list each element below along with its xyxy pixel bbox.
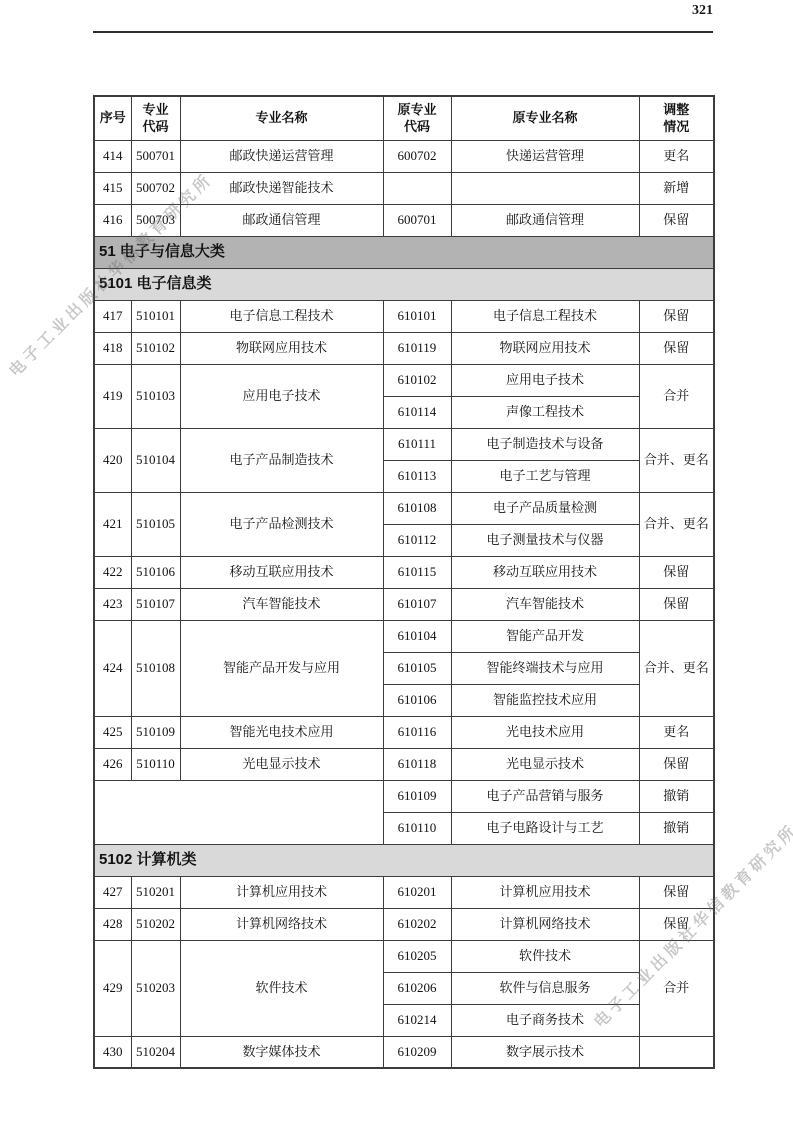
old-name-cell: 光电技术应用 — [451, 716, 639, 748]
old-name-cell: 电子制造技术与设备 — [451, 428, 639, 460]
old-code-cell: 600702 — [383, 140, 451, 172]
seq-cell: 414 — [94, 140, 131, 172]
old-code-cell: 610106 — [383, 684, 451, 716]
old-code-cell: 610201 — [383, 876, 451, 908]
old-name-cell: 电子电路设计与工艺 — [451, 812, 639, 844]
name-cell: 邮政通信管理 — [180, 204, 383, 236]
seq-cell: 427 — [94, 876, 131, 908]
old-code-cell: 610202 — [383, 908, 451, 940]
adjustment-cell: 保留 — [639, 556, 714, 588]
section-label: 5101 电子信息类 — [94, 268, 714, 300]
old-code-cell: 610104 — [383, 620, 451, 652]
old-code-cell: 610114 — [383, 396, 451, 428]
old-code-cell: 610112 — [383, 524, 451, 556]
old-code-cell: 610115 — [383, 556, 451, 588]
old-name-cell: 电子产品质量检测 — [451, 492, 639, 524]
table-row: 426 510110 光电显示技术 610118 光电显示技术 保留 — [94, 748, 714, 780]
section-label: 51 电子与信息大类 — [94, 236, 714, 268]
adjustment-cell: 保留 — [639, 748, 714, 780]
code-cell: 510110 — [131, 748, 180, 780]
name-cell: 智能产品开发与应用 — [180, 620, 383, 716]
column-header-old-name: 原专业名称 — [451, 96, 639, 140]
old-code-cell: 610209 — [383, 1036, 451, 1068]
old-name-cell: 应用电子技术 — [451, 364, 639, 396]
adjustment-cell: 合并、更名 — [639, 620, 714, 716]
name-cell: 计算机应用技术 — [180, 876, 383, 908]
old-name-cell: 电子工艺与管理 — [451, 460, 639, 492]
table-row: 430 510204 数字媒体技术 610209 数字展示技术 — [94, 1036, 714, 1068]
table-row: 422 510106 移动互联应用技术 610115 移动互联应用技术 保留 — [94, 556, 714, 588]
name-cell: 应用电子技术 — [180, 364, 383, 428]
adjustment-cell: 更名 — [639, 716, 714, 748]
old-code-cell: 610113 — [383, 460, 451, 492]
column-header-old-code: 原专业代码 — [383, 96, 451, 140]
old-name-cell: 移动互联应用技术 — [451, 556, 639, 588]
code-cell: 510103 — [131, 364, 180, 428]
adjustment-cell: 保留 — [639, 204, 714, 236]
column-header-name: 专业名称 — [180, 96, 383, 140]
adjustment-cell: 保留 — [639, 876, 714, 908]
old-name-cell: 声像工程技术 — [451, 396, 639, 428]
old-name-cell: 智能终端技术与应用 — [451, 652, 639, 684]
old-name-cell — [451, 172, 639, 204]
old-name-cell: 计算机应用技术 — [451, 876, 639, 908]
column-header-code: 专业代码 — [131, 96, 180, 140]
adjustment-cell: 合并 — [639, 940, 714, 1036]
old-name-cell: 电子信息工程技术 — [451, 300, 639, 332]
table-row: 423 510107 汽车智能技术 610107 汽车智能技术 保留 — [94, 588, 714, 620]
section-row-5101: 5101 电子信息类 — [94, 268, 714, 300]
name-cell: 数字媒体技术 — [180, 1036, 383, 1068]
table-row: 429 510203 软件技术 610205 软件技术 合并 — [94, 940, 714, 972]
name-cell: 电子产品检测技术 — [180, 492, 383, 556]
table-row: 427 510201 计算机应用技术 610201 计算机应用技术 保留 — [94, 876, 714, 908]
old-name-cell: 计算机网络技术 — [451, 908, 639, 940]
old-name-cell: 软件与信息服务 — [451, 972, 639, 1004]
code-cell: 510108 — [131, 620, 180, 716]
seq-cell: 421 — [94, 492, 131, 556]
adjustment-cell: 合并 — [639, 364, 714, 428]
adjustment-cell — [639, 1036, 714, 1068]
page-number: 321 — [550, 3, 713, 19]
table-row: 419 510103 应用电子技术 610102 应用电子技术 合并 — [94, 364, 714, 396]
old-name-cell: 快递运营管理 — [451, 140, 639, 172]
seq-cell: 425 — [94, 716, 131, 748]
code-cell: 510201 — [131, 876, 180, 908]
adjustment-cell: 保留 — [639, 300, 714, 332]
old-name-cell: 智能产品开发 — [451, 620, 639, 652]
seq-cell: 429 — [94, 940, 131, 1036]
old-code-cell: 610101 — [383, 300, 451, 332]
seq-cell: 430 — [94, 1036, 131, 1068]
name-cell: 邮政快递智能技术 — [180, 172, 383, 204]
adjustment-cell: 撤销 — [639, 780, 714, 812]
seq-cell: 417 — [94, 300, 131, 332]
seq-cell: 418 — [94, 332, 131, 364]
code-cell: 510104 — [131, 428, 180, 492]
old-code-cell: 610205 — [383, 940, 451, 972]
name-cell: 电子产品制造技术 — [180, 428, 383, 492]
seq-cell: 416 — [94, 204, 131, 236]
table-row: 421 510105 电子产品检测技术 610108 电子产品质量检测 合并、更… — [94, 492, 714, 524]
table-row: 425 510109 智能光电技术应用 610116 光电技术应用 更名 — [94, 716, 714, 748]
adjustment-cell: 新增 — [639, 172, 714, 204]
old-code-cell: 610214 — [383, 1004, 451, 1036]
adjustment-cell: 合并、更名 — [639, 428, 714, 492]
section-row-5102: 5102 计算机类 — [94, 844, 714, 876]
header-rule — [93, 31, 713, 33]
name-cell: 汽车智能技术 — [180, 588, 383, 620]
code-cell: 510204 — [131, 1036, 180, 1068]
old-code-cell: 610111 — [383, 428, 451, 460]
section-label: 5102 计算机类 — [94, 844, 714, 876]
code-cell: 510203 — [131, 940, 180, 1036]
name-cell: 移动互联应用技术 — [180, 556, 383, 588]
code-cell: 500702 — [131, 172, 180, 204]
section-row-51: 51 电子与信息大类 — [94, 236, 714, 268]
name-cell: 光电显示技术 — [180, 748, 383, 780]
table-row: 414 500701 邮政快递运营管理 600702 快递运营管理 更名 — [94, 140, 714, 172]
majors-adjustment-table: 序号 专业代码 专业名称 原专业代码 原专业名称 调整情况 414 500701… — [93, 95, 715, 1069]
table-row: 424 510108 智能产品开发与应用 610104 智能产品开发 合并、更名 — [94, 620, 714, 652]
name-cell: 电子信息工程技术 — [180, 300, 383, 332]
old-code-cell: 610107 — [383, 588, 451, 620]
adjustment-cell: 更名 — [639, 140, 714, 172]
table-row: 418 510102 物联网应用技术 610119 物联网应用技术 保留 — [94, 332, 714, 364]
name-cell: 智能光电技术应用 — [180, 716, 383, 748]
old-name-cell: 光电显示技术 — [451, 748, 639, 780]
column-header-adjustment: 调整情况 — [639, 96, 714, 140]
seq-cell: 415 — [94, 172, 131, 204]
empty-cell — [94, 780, 383, 844]
code-cell: 510106 — [131, 556, 180, 588]
code-cell: 510105 — [131, 492, 180, 556]
old-code-cell: 610109 — [383, 780, 451, 812]
old-code-cell: 610119 — [383, 332, 451, 364]
table-row: 428 510202 计算机网络技术 610202 计算机网络技术 保留 — [94, 908, 714, 940]
old-code-cell: 610102 — [383, 364, 451, 396]
old-name-cell: 物联网应用技术 — [451, 332, 639, 364]
header-row: 序号 专业代码 专业名称 原专业代码 原专业名称 调整情况 — [94, 96, 714, 140]
old-code-cell: 610116 — [383, 716, 451, 748]
seq-cell: 420 — [94, 428, 131, 492]
old-code-cell: 610118 — [383, 748, 451, 780]
code-cell: 500701 — [131, 140, 180, 172]
code-cell: 510202 — [131, 908, 180, 940]
old-code-cell: 610206 — [383, 972, 451, 1004]
adjustment-cell: 保留 — [639, 588, 714, 620]
table-row: 415 500702 邮政快递智能技术 新增 — [94, 172, 714, 204]
code-cell: 500703 — [131, 204, 180, 236]
adjustment-cell: 合并、更名 — [639, 492, 714, 556]
table-row-cancelled: 610109 电子产品营销与服务 撤销 — [94, 780, 714, 812]
old-name-cell: 软件技术 — [451, 940, 639, 972]
old-name-cell: 邮政通信管理 — [451, 204, 639, 236]
old-name-cell: 数字展示技术 — [451, 1036, 639, 1068]
adjustment-cell: 保留 — [639, 332, 714, 364]
code-cell: 510109 — [131, 716, 180, 748]
code-cell: 510107 — [131, 588, 180, 620]
old-code-cell: 610105 — [383, 652, 451, 684]
old-name-cell: 电子商务技术 — [451, 1004, 639, 1036]
adjustment-cell: 撤销 — [639, 812, 714, 844]
old-name-cell: 智能监控技术应用 — [451, 684, 639, 716]
name-cell: 计算机网络技术 — [180, 908, 383, 940]
code-cell: 510101 — [131, 300, 180, 332]
table-row: 417 510101 电子信息工程技术 610101 电子信息工程技术 保留 — [94, 300, 714, 332]
name-cell: 软件技术 — [180, 940, 383, 1036]
document-page: 321 电子工业出版社华信教育研究所 电子工业出版社华信教育研究所 序号 专业代… — [0, 0, 793, 1122]
table-row: 420 510104 电子产品制造技术 610111 电子制造技术与设备 合并、… — [94, 428, 714, 460]
table-row: 416 500703 邮政通信管理 600701 邮政通信管理 保留 — [94, 204, 714, 236]
code-cell: 510102 — [131, 332, 180, 364]
seq-cell: 423 — [94, 588, 131, 620]
old-code-cell — [383, 172, 451, 204]
seq-cell: 422 — [94, 556, 131, 588]
old-code-cell: 610108 — [383, 492, 451, 524]
adjustment-cell: 保留 — [639, 908, 714, 940]
old-code-cell: 610110 — [383, 812, 451, 844]
seq-cell: 424 — [94, 620, 131, 716]
seq-cell: 419 — [94, 364, 131, 428]
seq-cell: 428 — [94, 908, 131, 940]
old-name-cell: 电子测量技术与仪器 — [451, 524, 639, 556]
name-cell: 物联网应用技术 — [180, 332, 383, 364]
seq-cell: 426 — [94, 748, 131, 780]
column-header-seq: 序号 — [94, 96, 131, 140]
old-code-cell: 600701 — [383, 204, 451, 236]
name-cell: 邮政快递运营管理 — [180, 140, 383, 172]
old-name-cell: 汽车智能技术 — [451, 588, 639, 620]
old-name-cell: 电子产品营销与服务 — [451, 780, 639, 812]
